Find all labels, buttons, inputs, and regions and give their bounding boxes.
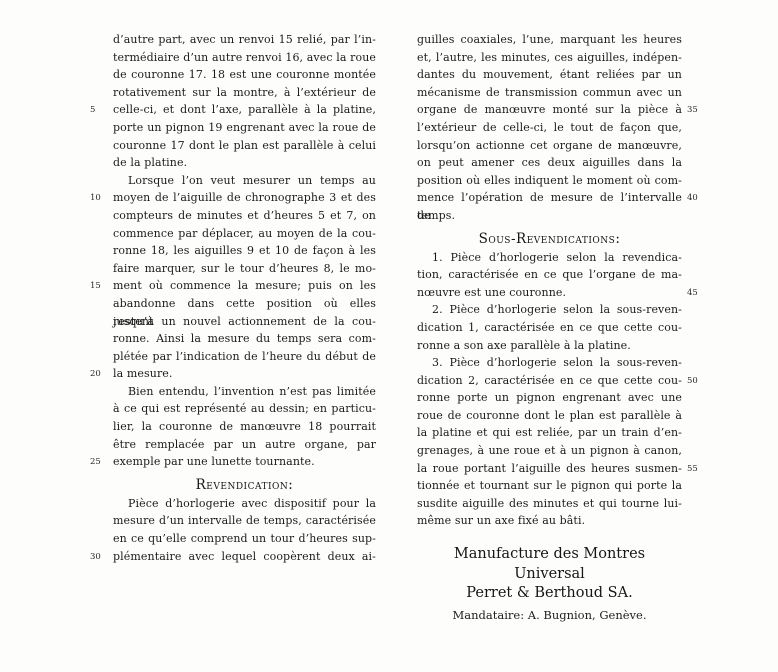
text-line-content: à ce qui est représenté au dessin; en pa…: [113, 402, 376, 415]
text-line-content: la roue portant l’aiguille des heures su…: [417, 462, 682, 475]
margin-line-number: 40: [687, 189, 706, 207]
text-line: on peut amener ces deux aiguilles dans l…: [417, 154, 682, 172]
text-line-content: Lorsque l’on veut mesurer un temps au: [128, 174, 376, 187]
text-line-content: 3. Pièce d’horlogerie selon la sous-reve…: [432, 356, 682, 369]
text-line: à ce qui est représenté au dessin; en pa…: [113, 400, 376, 418]
text-line: ronne. Ainsi la mesure du temps sera com…: [113, 330, 376, 348]
text-line-content: grenages, à une roue et à un pignon à ca…: [417, 444, 682, 457]
text-line-content: en ce qu’elle comprend un tour d’heures …: [113, 532, 376, 545]
text-line: porte un pignon 19 engrenant avec la rou…: [113, 119, 376, 137]
text-line-content: moyen de l’aiguille de chronographe 3 et…: [113, 191, 376, 204]
signature-company-line2: Perret & Berthoud SA.: [417, 584, 682, 604]
section-heading: Sous-Revendications:: [417, 229, 682, 249]
text-line-content: mesure d’un intervalle de temps, caracté…: [113, 514, 376, 527]
column-right-blocks: guilles coaxiales, l’une, marquant les h…: [417, 31, 682, 530]
text-line: ronne 18, les aiguilles 9 et 10 de façon…: [113, 242, 376, 260]
margin-line-number: 20: [90, 365, 109, 383]
text-line-content: compteurs de minutes et d’heures 5 et 7,…: [113, 209, 376, 222]
text-line: l’extérieur de celle-ci, le tout de faço…: [417, 119, 682, 137]
text-line: lier, la couronne de manœuvre 18 pourrai…: [113, 418, 376, 436]
text-line-content: Bien entendu, l’invention n’est pas limi…: [128, 385, 376, 398]
text-line: ronne a son axe parallèle à la platine.: [417, 337, 682, 355]
margin-line-number: 45: [687, 284, 706, 302]
text-line: plémentaire avec lequel coopèrent deux a…: [113, 548, 376, 566]
text-line: ronne porte un pignon engrenant avec une: [417, 389, 682, 407]
text-line: 3. Pièce d’horlogerie selon la sous-reve…: [417, 354, 682, 372]
text-line-content: de couronne 17. 18 est une couronne mont…: [113, 68, 376, 81]
text-line: guilles coaxiales, l’une, marquant les h…: [417, 31, 682, 49]
text-line: 2. Pièce d’horlogerie selon la sous-reve…: [417, 301, 682, 319]
text-line-content: on peut amener ces deux aiguilles dans l…: [417, 156, 682, 169]
text-line: dication 1, caractérisée en ce que cette…: [417, 319, 682, 337]
text-line-content: tionnée et tournant sur le pignon qui po…: [417, 479, 682, 492]
text-line: la mesure.20: [113, 365, 376, 383]
text-line: mence l’opération de mesure de l’interva…: [417, 189, 682, 207]
text-line: de couronne 17. 18 est une couronne mont…: [113, 66, 376, 84]
text-line-content: commence par déplacer, au moyen de la co…: [113, 227, 376, 240]
text-line: être remplacée par un autre organe, par: [113, 436, 376, 454]
text-line: plétée par l’indication de l’heure du dé…: [113, 348, 376, 366]
text-line: position où elles indiquent le moment où…: [417, 172, 682, 190]
text-line-content: organe de manœuvre monté sur la pièce à: [417, 103, 682, 116]
text-line-content: ment où commence la mesure; puis on les: [113, 279, 376, 292]
text-line-content: ronne 18, les aiguilles 9 et 10 de façon…: [113, 244, 376, 257]
text-line: tion, caractérisée en ce que l’organe de…: [417, 266, 682, 284]
column-left-blocks: d’autre part, avec un renvoi 15 relié, p…: [113, 31, 376, 565]
text-line-content: plétée par l’indication de l’heure du dé…: [113, 350, 376, 363]
margin-line-number: 30: [90, 548, 109, 566]
text-line-content: porte un pignon 19 engrenant avec la rou…: [113, 121, 376, 134]
text-line-content: la mesure.: [113, 367, 173, 380]
text-line-content: lorsqu’on actionne cet organe de manœuvr…: [417, 139, 682, 152]
text-line: de la platine.: [113, 154, 376, 172]
text-line: organe de manœuvre monté sur la pièce à3…: [417, 101, 682, 119]
text-line: d’autre part, avec un renvoi 15 relié, p…: [113, 31, 376, 49]
text-line-content: guilles coaxiales, l’une, marquant les h…: [417, 33, 682, 46]
text-line-content: susdite aiguille des minutes et qui tour…: [417, 497, 682, 510]
text-line-content: Pièce d’horlogerie avec dispositif pour …: [128, 497, 376, 510]
text-line-content: plémentaire avec lequel coopèrent deux a…: [113, 550, 376, 563]
margin-line-number: 25: [90, 453, 109, 471]
patent-page: d’autre part, avec un renvoi 15 relié, p…: [0, 0, 778, 672]
text-line: termédiaire d’un autre renvoi 16, avec l…: [113, 49, 376, 67]
margin-line-number: 15: [90, 277, 109, 295]
text-line-content: temps.: [417, 209, 455, 222]
text-line-content: 2. Pièce d’horlogerie selon la sous-reve…: [432, 303, 682, 316]
text-line: exemple par une lunette tournante.25: [113, 453, 376, 471]
text-line: la roue portant l’aiguille des heures su…: [417, 460, 682, 478]
margin-line-number: 55: [687, 460, 706, 478]
text-line: la platine et qui est reliée, par un tra…: [417, 424, 682, 442]
text-line: en ce qu’elle comprend un tour d’heures …: [113, 530, 376, 548]
text-line-content: dantes du mouvement, étant reliées par u…: [417, 68, 682, 81]
text-line: grenages, à une roue et à un pignon à ca…: [417, 442, 682, 460]
column-left: d’autre part, avec un renvoi 15 relié, p…: [113, 31, 376, 565]
text-line: même sur un axe fixé au bâti.: [417, 512, 682, 530]
text-line: Pièce d’horlogerie avec dispositif pour …: [113, 495, 376, 513]
text-line-content: termédiaire d’un autre renvoi 16, avec l…: [113, 51, 376, 64]
text-line: dication 2, caractérisée en ce que cette…: [417, 372, 682, 390]
column-right: guilles coaxiales, l’une, marquant les h…: [417, 31, 682, 623]
text-line: compteurs de minutes et d’heures 5 et 7,…: [113, 207, 376, 225]
text-line: temps.: [417, 207, 682, 225]
text-line-content: tion, caractérisée en ce que l’organe de…: [417, 268, 682, 281]
text-line: nœuvre est une couronne.45: [417, 284, 682, 302]
text-line: Lorsque l’on veut mesurer un temps au: [113, 172, 376, 190]
text-line: jusqu’à un nouvel actionnement de la cou…: [113, 313, 376, 331]
signature-company-line1: Manufacture des Montres Universal: [417, 545, 682, 584]
text-line: celle-ci, et dont l’axe, parallèle à la …: [113, 101, 376, 119]
text-line-content: mécanisme de transmission commun avec un: [417, 86, 682, 99]
text-line: mécanisme de transmission commun avec un: [417, 84, 682, 102]
text-line: 1. Pièce d’horlogerie selon la revendica…: [417, 249, 682, 267]
signature-agent-line: Mandataire: A. Bugnion, Genève.: [417, 608, 682, 623]
text-line: couronne 17 dont le plan est parallèle à…: [113, 137, 376, 155]
text-line-content: roue de couronne dont le plan est parall…: [417, 409, 682, 422]
text-line: dantes du mouvement, étant reliées par u…: [417, 66, 682, 84]
signature-block: Manufacture des Montres Universal Perret…: [417, 545, 682, 623]
text-line-content: de la platine.: [113, 156, 187, 169]
text-line: ment où commence la mesure; puis on les1…: [113, 277, 376, 295]
text-line-content: couronne 17 dont le plan est parallèle à…: [113, 139, 376, 152]
text-line-content: ronne porte un pignon engrenant avec une: [417, 391, 682, 404]
text-line-content: dication 2, caractérisée en ce que cette…: [417, 374, 682, 387]
text-line: Bien entendu, l’invention n’est pas limi…: [113, 383, 376, 401]
text-line-content: la platine et qui est reliée, par un tra…: [417, 426, 682, 439]
margin-line-number: 10: [90, 189, 109, 207]
text-line-content: celle-ci, et dont l’axe, parallèle à la …: [113, 103, 376, 116]
text-line: lorsqu’on actionne cet organe de manœuvr…: [417, 137, 682, 155]
text-line: tionnée et tournant sur le pignon qui po…: [417, 477, 682, 495]
text-line-content: position où elles indiquent le moment où…: [417, 174, 682, 187]
section-heading: Revendication:: [113, 475, 376, 495]
text-line: commence par déplacer, au moyen de la co…: [113, 225, 376, 243]
text-line-content: nœuvre est une couronne.: [417, 286, 566, 299]
text-line: moyen de l’aiguille de chronographe 3 et…: [113, 189, 376, 207]
text-line-content: lier, la couronne de manœuvre 18 pourrai…: [113, 420, 376, 433]
text-line-content: 1. Pièce d’horlogerie selon la revendica…: [432, 251, 682, 264]
text-line: faire marquer, sur le tour d’heures 8, l…: [113, 260, 376, 278]
text-line: abandonne dans cette position où elles r…: [113, 295, 376, 313]
text-line: roue de couronne dont le plan est parall…: [417, 407, 682, 425]
margin-line-number: 50: [687, 372, 706, 390]
text-line-content: rotativement sur la montre, à l’extérieu…: [113, 86, 376, 99]
text-line-content: exemple par une lunette tournante.: [113, 455, 315, 468]
text-line-content: même sur un axe fixé au bâti.: [417, 514, 585, 527]
text-line-content: faire marquer, sur le tour d’heures 8, l…: [113, 262, 376, 275]
text-line-content: dication 1, caractérisée en ce que cette…: [417, 321, 682, 334]
text-line: et, l’autre, les minutes, ces aiguilles,…: [417, 49, 682, 67]
text-line-content: et, l’autre, les minutes, ces aiguilles,…: [417, 51, 682, 64]
text-line-content: être remplacée par un autre organe, par: [113, 438, 376, 451]
text-line: susdite aiguille des minutes et qui tour…: [417, 495, 682, 513]
margin-line-number: 35: [687, 101, 706, 119]
text-line-content: l’extérieur de celle-ci, le tout de faço…: [417, 121, 682, 134]
text-line-content: ronne. Ainsi la mesure du temps sera com…: [113, 332, 376, 345]
text-line-content: ronne a son axe parallèle à la platine.: [417, 339, 631, 352]
text-line-content: d’autre part, avec un renvoi 15 relié, p…: [113, 33, 376, 46]
margin-line-number: 5: [90, 101, 109, 119]
text-line-content: jusqu’à un nouvel actionnement de la cou…: [113, 315, 376, 328]
text-line: rotativement sur la montre, à l’extérieu…: [113, 84, 376, 102]
text-line: mesure d’un intervalle de temps, caracté…: [113, 512, 376, 530]
